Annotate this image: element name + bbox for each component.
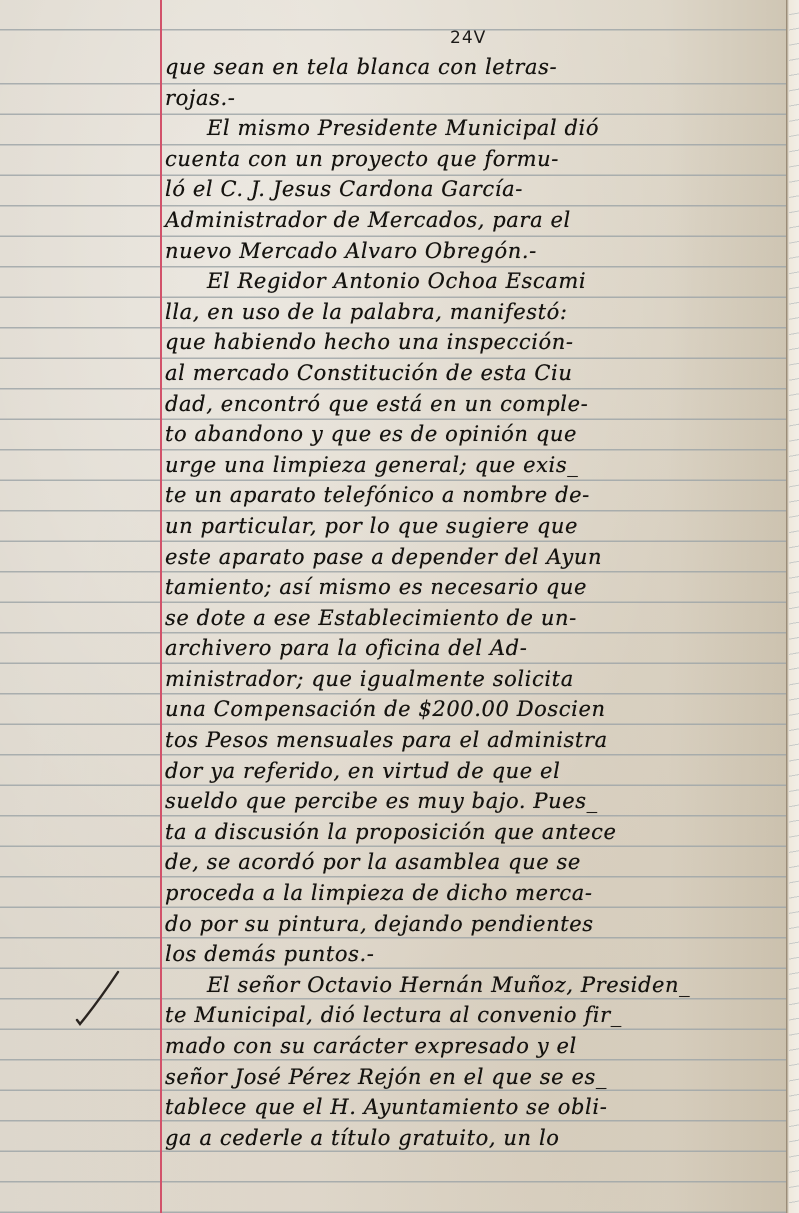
- check-mark-icon: [74, 968, 124, 1028]
- next-page-edge-lines: [789, 0, 799, 1213]
- handwritten-line: nuevo Mercado Alvaro Obregón.-: [165, 236, 780, 267]
- handwritten-line: cuenta con un proyecto que formu-: [165, 144, 780, 175]
- handwritten-line: rojas.-: [165, 83, 780, 114]
- handwritten-line: mado con su carácter expresado y el: [165, 1031, 780, 1062]
- handwritten-line: do por su pintura, dejando pendientes: [165, 909, 780, 940]
- handwritten-line: urge una limpieza general; que exis_: [165, 450, 780, 481]
- handwritten-line: un particular, por lo que sugiere que: [165, 511, 780, 542]
- page-number: 24V: [450, 28, 486, 48]
- handwritten-line: to abandono y que es de opinión que: [165, 419, 780, 450]
- handwritten-line: El señor Octavio Hernán Muñoz, Presiden_: [165, 970, 780, 1001]
- handwritten-line: archivero para la oficina del Ad-: [165, 633, 780, 664]
- handwritten-line: dor ya referido, en virtud de que el: [165, 756, 780, 787]
- handwritten-line: señor José Pérez Rejón en el que se es_: [165, 1062, 780, 1093]
- handwritten-line: una Compensación de $200.00 Doscien: [165, 694, 780, 725]
- handwritten-line: El mismo Presidente Municipal dió: [165, 113, 780, 144]
- handwritten-line: que habiendo hecho una inspección-: [165, 327, 780, 358]
- handwritten-line: sueldo que percibe es muy bajo. Pues_: [165, 786, 780, 817]
- handwritten-line: los demás puntos.-: [165, 939, 780, 970]
- handwritten-line: Administrador de Mercados, para el: [165, 205, 780, 236]
- handwritten-line: se dote a ese Establecimiento de un-: [165, 603, 780, 634]
- red-margin-line: [160, 0, 162, 1213]
- handwritten-line: al mercado Constitución de esta Ciu: [165, 358, 780, 389]
- handwritten-line: de, se acordó por la asamblea que se: [165, 847, 780, 878]
- handwritten-line: ló el C. J. Jesus Cardona García-: [165, 174, 780, 205]
- ledger-page: 24V que sean en tela blanca con letras-r…: [0, 0, 786, 1213]
- handwritten-line: tos Pesos mensuales para el administra: [165, 725, 780, 756]
- handwritten-line: te un aparato telefónico a nombre de-: [165, 480, 780, 511]
- handwritten-line: tamiento; así mismo es necesario que: [165, 572, 780, 603]
- handwritten-line: El Regidor Antonio Ochoa Escami: [165, 266, 780, 297]
- handwritten-line: lla, en uso de la palabra, manifestó:: [165, 297, 780, 328]
- handwritten-line: dad, encontró que está en un comple-: [165, 389, 780, 420]
- handwritten-line: ministrador; que igualmente solicita: [165, 664, 780, 695]
- handwritten-text-block: que sean en tela blanca con letras-rojas…: [165, 52, 780, 1153]
- handwritten-line: te Municipal, dió lectura al convenio fi…: [165, 1000, 780, 1031]
- handwritten-line: tablece que el H. Ayuntamiento se obli-: [165, 1092, 780, 1123]
- handwritten-line: que sean en tela blanca con letras-: [165, 52, 780, 83]
- handwritten-line: proceda a la limpieza de dicho merca-: [165, 878, 780, 909]
- handwritten-line: ta a discusión la proposición que antece: [165, 817, 780, 848]
- handwritten-line: este aparato pase a depender del Ayun: [165, 542, 780, 573]
- handwritten-line: ga a cederle a título gratuito, un lo: [165, 1123, 780, 1154]
